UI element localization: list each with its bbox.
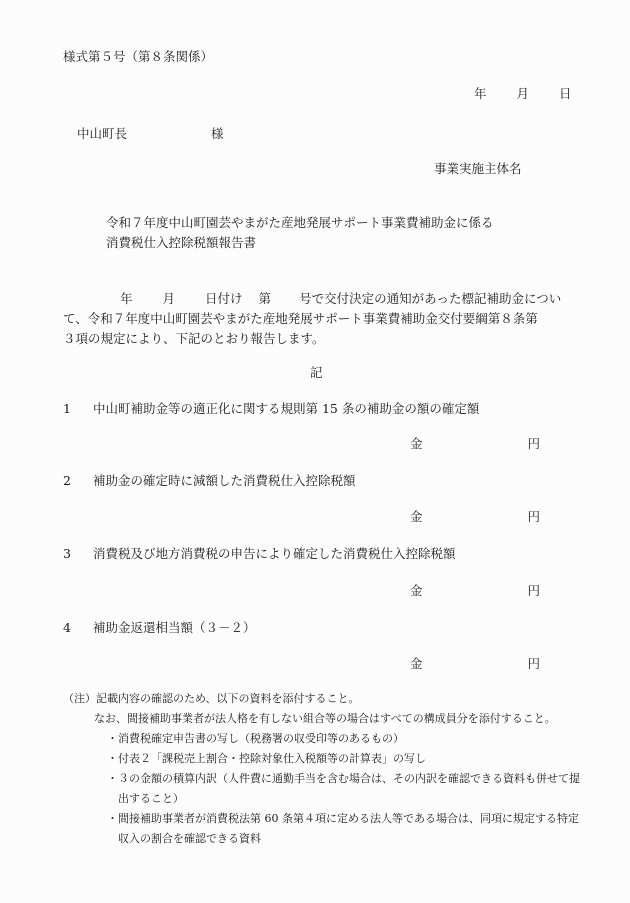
- item-3-amount: 金円: [410, 581, 540, 599]
- date-row: 年月日: [474, 84, 572, 102]
- item-number: 1: [63, 401, 93, 416]
- date-year-label: 年: [474, 84, 487, 102]
- currency-label: 円: [528, 583, 541, 598]
- item-text: 消費税及び地方消費税の申告により確定した消費税仕入控除税額: [93, 546, 456, 561]
- currency-label: 円: [528, 509, 541, 524]
- body-year-label: 年: [120, 291, 133, 306]
- notes-bullet-item: ・付表２「課税売上割合・控除対象仕入税額等の計算表」の写し: [107, 749, 587, 769]
- item-2-amount: 金円: [410, 507, 540, 525]
- currency-label: 円: [528, 656, 541, 671]
- body-number-prefix: 第: [259, 291, 272, 306]
- body-line-1: 年月日付け第号で交付決定の通知があった標記補助金につい: [63, 289, 568, 309]
- item-2-label: 2補助金の確定時に減額した消費税仕入控除税額: [63, 471, 356, 489]
- form-number: 様式第５号（第８条関係）: [63, 47, 213, 65]
- ki-heading: 記: [310, 363, 323, 381]
- item-3-label: 3消費税及び地方消費税の申告により確定した消費税仕入控除税額: [63, 544, 456, 562]
- bullet-mark: ・: [107, 769, 118, 789]
- item-1-amount: 金円: [410, 434, 540, 452]
- body-day-label: 日付け: [205, 291, 243, 306]
- notes-bullet-item: ・間接補助事業者が消費税法第 60 条第４項に定める法人等である場合は、同項に規…: [107, 809, 587, 849]
- bullet-mark: ・: [107, 729, 118, 749]
- amount-prefix: 金: [410, 509, 423, 524]
- bullet-mark: ・: [107, 809, 118, 829]
- item-number: 2: [63, 473, 93, 488]
- date-day-label: 日: [559, 84, 572, 102]
- item-text: 補助金返還相当額（３－２）: [93, 620, 256, 635]
- body-line-3: ３項の規定により、下記のとおり報告します。: [63, 329, 568, 349]
- currency-label: 円: [528, 436, 541, 451]
- item-4-label: 4補助金返還相当額（３－２）: [63, 618, 256, 636]
- item-text: 補助金の確定時に減額した消費税仕入控除税額: [93, 473, 356, 488]
- notes-section: （注）記載内容の確認のため、以下の資料を添付すること。 なお、間接補助事業者が法…: [63, 689, 587, 849]
- addressee-honorific: 様: [211, 126, 224, 141]
- item-number: 3: [63, 546, 93, 561]
- item-text: 中山町補助金等の適正化に関する規則第 15 条の補助金の額の確定額: [93, 401, 479, 416]
- bullet-mark: ・: [107, 749, 118, 769]
- document-title: 令和７年度中山町園芸やまがた産地発展サポート事業費補助金に係る 消費税仕入控除税…: [106, 213, 494, 253]
- amount-prefix: 金: [410, 436, 423, 451]
- body-month-label: 月: [163, 291, 176, 306]
- date-month-label: 月: [517, 84, 530, 102]
- amount-prefix: 金: [410, 656, 423, 671]
- amount-prefix: 金: [410, 583, 423, 598]
- body-line-1-rest: 号で交付決定の通知があった標記補助金につい: [299, 291, 561, 306]
- addressee-name: 中山町長: [77, 126, 127, 141]
- applicant-label: 事業実施主体名: [434, 159, 522, 177]
- body-line-2: て、令和７年度中山町園芸やまがた産地発展サポート事業費補助金交付要綱第８条第: [63, 309, 568, 329]
- title-line-2: 消費税仕入控除税額報告書: [106, 233, 494, 253]
- item-number: 4: [63, 620, 93, 635]
- notes-line-2: なお、間接補助事業者が法人格を有しない組合等の場合はすべての構成員分を添付するこ…: [63, 709, 587, 729]
- notes-bullet-item: ・３の金額の積算内訳（人件費に通勤手当を含む場合は、その内訳を確認できる資料も併…: [107, 769, 587, 809]
- body-paragraph: 年月日付け第号で交付決定の通知があった標記補助金につい て、令和７年度中山町園芸…: [63, 289, 568, 349]
- title-line-1: 令和７年度中山町園芸やまがた産地発展サポート事業費補助金に係る: [106, 213, 494, 233]
- notes-line-1: 記載内容の確認のため、以下の資料を添付すること。: [96, 692, 360, 705]
- item-4-amount: 金円: [410, 654, 540, 672]
- notes-prefix: （注）: [63, 692, 96, 705]
- notes-bullet-list: ・消費税確定申告書の写し（税務署の収受印等のあるもの） ・付表２「課税売上割合・…: [63, 729, 587, 849]
- addressee: 中山町長様: [77, 124, 224, 142]
- item-1-label: 1中山町補助金等の適正化に関する規則第 15 条の補助金の額の確定額: [63, 399, 479, 417]
- notes-bullet-item: ・消費税確定申告書の写し（税務署の収受印等のあるもの）: [107, 729, 587, 749]
